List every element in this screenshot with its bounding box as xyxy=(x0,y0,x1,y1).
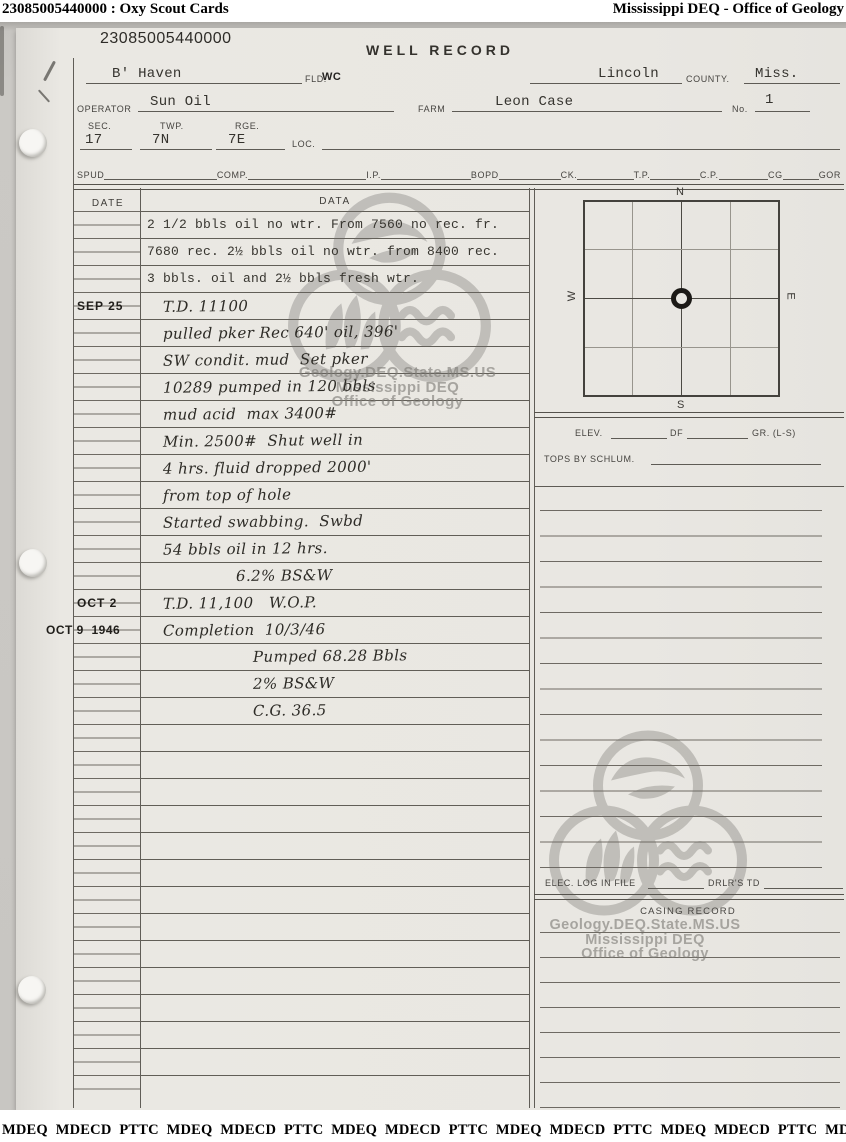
stat-underline xyxy=(650,168,699,180)
stat-label: I.P. xyxy=(366,170,381,180)
rge-label: RGE. xyxy=(235,121,259,131)
stat-label: CK. xyxy=(561,170,578,180)
state-underline xyxy=(744,83,840,84)
state-value: Miss. xyxy=(755,66,799,82)
rge-value: 7E xyxy=(228,132,245,148)
card-title: WELL RECORD xyxy=(330,42,550,58)
well-record-entry: from top of hole xyxy=(141,479,529,510)
well-record-entry: 2% BS&W xyxy=(141,668,529,699)
stat-label: BOPD xyxy=(471,170,499,180)
window-title-bar: 23085005440000 : Oxy Scout Cards Mississ… xyxy=(0,0,846,22)
oxy-scout-card-page: 23085005440000 : Oxy Scout Cards Mississ… xyxy=(0,0,846,1142)
date-stamp: OCT 9 1946 xyxy=(46,623,120,637)
tops-underline xyxy=(651,464,821,465)
well-record-entry: 54 bbls oil in 12 hrs. xyxy=(141,533,529,564)
well-record-entry: Min. 2500# Shut well in xyxy=(141,425,529,456)
window-title-right: Mississippi DEQ - Office of Geology xyxy=(613,1,844,18)
well-record-entry: Started swabbing. Swbd xyxy=(141,506,529,537)
date-stamps: SEP 25OCT 2OCT 9 1946 xyxy=(74,211,140,1091)
stat-underline xyxy=(783,168,819,180)
sec-value: 17 xyxy=(85,132,102,148)
well-no-underline xyxy=(755,111,810,112)
df-label: DF xyxy=(670,428,683,438)
watermark-line1: Geology.DEQ.State.MS.US xyxy=(535,918,755,933)
section-divider-line xyxy=(534,188,535,1108)
well-record-entry: Pumped 68.28 Bbls xyxy=(141,641,529,672)
stat-underline xyxy=(381,168,471,180)
df-underline xyxy=(687,438,748,439)
stat-label: COMP. xyxy=(217,170,248,180)
operator-value: Sun Oil xyxy=(150,94,211,110)
stat-underline xyxy=(104,168,216,180)
field-underline xyxy=(86,83,302,84)
footer-text: MDEQ MDECD PTTC MDEQ MDECD PTTC MDEQ MDE… xyxy=(2,1122,846,1139)
right-section-line xyxy=(534,486,844,487)
well-record-entry: pulled pker Rec 640' oil, 396' xyxy=(141,317,529,348)
stat-underline xyxy=(499,168,561,180)
ms-deq-logo-watermark xyxy=(548,728,748,921)
well-record-entry: mud acid max 3400# xyxy=(141,398,529,429)
compass-south-label: S xyxy=(677,399,684,411)
date-stamp: SEP 25 xyxy=(77,299,123,313)
hole-punch xyxy=(19,549,47,577)
twp-label: TWP. xyxy=(160,121,184,131)
well-record-entry: 3 bbls. oil and 2½ bbls fresh wtr. xyxy=(141,265,529,292)
twp-underline xyxy=(140,149,212,150)
well-record-entry: T.D. 11100 xyxy=(141,290,529,321)
date-stamp: OCT 2 xyxy=(77,596,117,610)
well-location-marker xyxy=(671,288,692,309)
watermark-line2: Mississippi DEQ xyxy=(535,933,755,948)
scan-artifact xyxy=(0,26,4,96)
county-value: Lincoln xyxy=(598,66,659,82)
operator-underline xyxy=(138,111,394,112)
well-record-entry: C.G. 36.5 xyxy=(141,695,529,726)
section-divider-line xyxy=(529,188,530,1108)
sec-underline xyxy=(80,149,132,150)
right-section-rule xyxy=(534,412,844,418)
stat-underline xyxy=(577,168,633,180)
twp-value: 7N xyxy=(152,132,169,148)
compass-east-label: E xyxy=(785,292,797,299)
stat-label: CG xyxy=(768,170,783,180)
hole-punch xyxy=(18,976,46,1004)
plat-grid-line xyxy=(585,347,778,348)
loc-underline xyxy=(322,149,840,150)
well-no-value: 1 xyxy=(765,92,774,108)
well-record-entry: 10289 pumped in 120 bbls xyxy=(141,371,529,402)
drlrs-td-label: DRLR'S TD xyxy=(708,878,760,888)
farm-value: Leon Case xyxy=(495,94,573,110)
gr-label: GR. (L-S) xyxy=(752,428,796,438)
field-name-value: B' Haven xyxy=(112,66,182,82)
loc-label: LOC. xyxy=(292,139,315,149)
stat-underline xyxy=(719,168,768,180)
stat-label: SPUD xyxy=(77,170,104,180)
elev-label: ELEV. xyxy=(575,428,603,438)
county-label: COUNTY. xyxy=(686,74,730,84)
rge-underline xyxy=(216,149,285,150)
stat-label: C.P. xyxy=(700,170,719,180)
farm-label: FARM xyxy=(418,104,445,114)
well-record-entry: 6.2% BS&W xyxy=(141,560,529,591)
well-no-label: No. xyxy=(732,104,748,114)
sec-label: SEC. xyxy=(88,121,111,131)
well-record-entry: 7680 rec. 2½ bbls oil no wtr. from 8400 … xyxy=(141,238,529,265)
elec-log-label: ELEC. LOG IN FILE xyxy=(545,878,636,888)
elev-underline xyxy=(611,438,667,439)
hole-punch xyxy=(19,129,47,157)
well-record-entry: Completion 10/3/46 xyxy=(141,614,529,645)
watermark-line3: Office of Geology xyxy=(535,947,755,962)
footer-bar: MDEQ MDECD PTTC MDEQ MDECD PTTC MDEQ MDE… xyxy=(0,1110,846,1142)
spud-stat-row: SPUDCOMP.I.P.BOPDCK.T.P.C.P.CGGOR xyxy=(77,168,841,182)
compass-west-label: W xyxy=(566,291,578,301)
well-record-entry: 2 1/2 bbls oil no wtr. From 7560 no rec.… xyxy=(141,211,529,238)
well-record-entries: 2 1/2 bbls oil no wtr. From 7560 no rec.… xyxy=(141,211,529,1091)
watermark-text: Geology.DEQ.State.MS.US Mississippi DEQ … xyxy=(535,918,755,962)
county-underline xyxy=(530,83,682,84)
well-record-entry: SW condit. mud Set pker xyxy=(141,344,529,375)
stat-underline xyxy=(248,168,366,180)
field-stamp: WC xyxy=(322,71,341,83)
well-record-entry: 4 hrs. fluid dropped 2000' xyxy=(141,452,529,483)
casing-top-rule xyxy=(534,894,844,900)
scanned-document: 23085005440000 WELL RECORD B' Haven FLD.… xyxy=(0,22,846,1110)
stat-label: GOR xyxy=(819,170,841,180)
stat-label: T.P. xyxy=(634,170,651,180)
casing-record-label: CASING RECORD xyxy=(588,906,788,917)
compass-north-label: N xyxy=(676,186,684,198)
api-number: 23085005440000 xyxy=(100,30,232,48)
plat-grid-line xyxy=(585,249,778,250)
operator-label: OPERATOR xyxy=(77,104,131,114)
tops-by-schlum-label: TOPS BY SCHLUM. xyxy=(544,454,635,464)
drlrs-td-underline xyxy=(764,888,843,889)
window-title-left: 23085005440000 : Oxy Scout Cards xyxy=(2,1,229,18)
section-plat-diagram xyxy=(583,200,780,397)
farm-underline xyxy=(452,111,722,112)
well-record-entry: T.D. 11,100 W.O.P. xyxy=(141,587,529,618)
elec-log-underline xyxy=(648,888,704,889)
date-column-header: DATE xyxy=(80,198,136,209)
